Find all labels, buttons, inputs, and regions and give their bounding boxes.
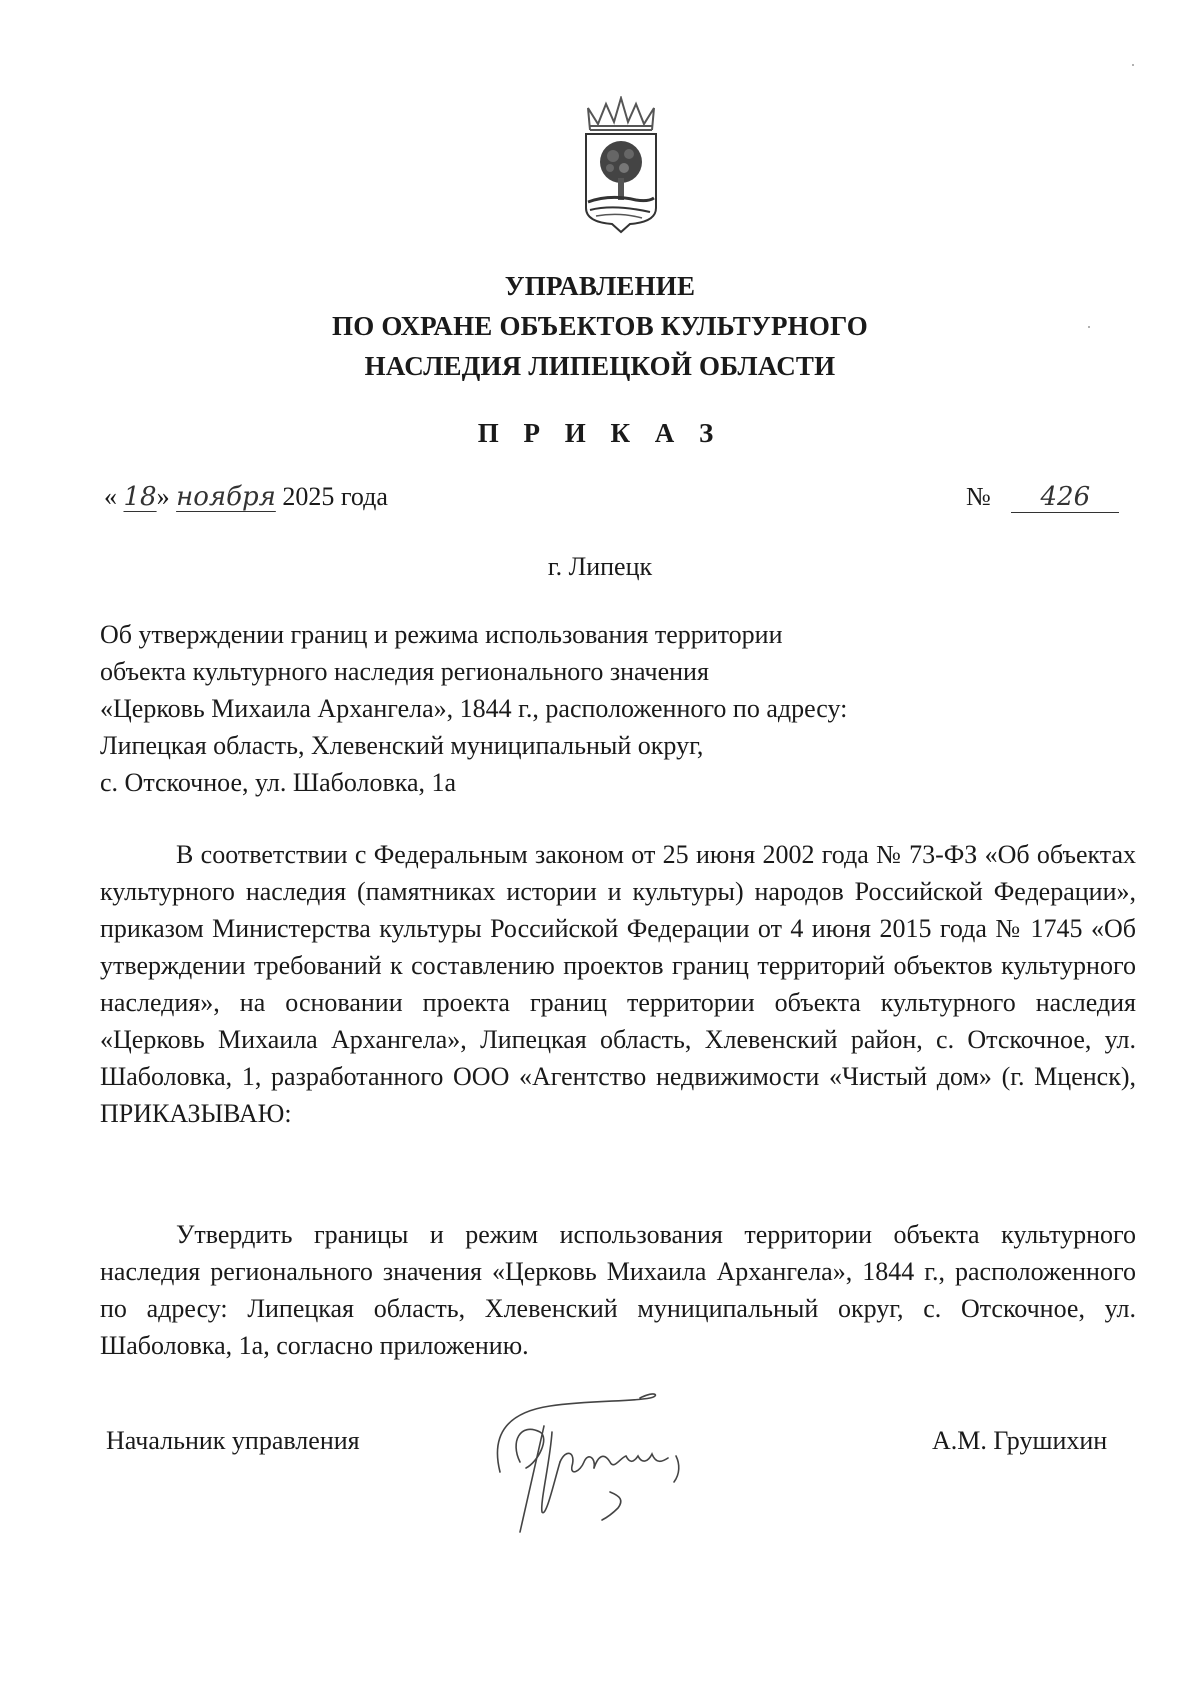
date-close-quote: » (157, 482, 170, 511)
scan-artifact (1132, 64, 1134, 66)
body-paragraph-preamble: В соответствии с Федеральным законом от … (100, 836, 1136, 1132)
subject-line: «Церковь Михаила Архангела», 1844 г., ра… (100, 690, 1000, 727)
date-open-quote: « (104, 482, 117, 511)
subject-line: с. Отскочное, ул. Шаболовка, 1а (100, 764, 1000, 801)
org-line-3: НАСЛЕДИЯ ЛИПЕЦКОЙ ОБЛАСТИ (0, 346, 1200, 386)
date-month: ноября (176, 482, 276, 512)
document-subject: Об утверждении границ и режима использов… (100, 616, 1000, 801)
document-date: « 18» ноября 2025 года (104, 482, 388, 512)
signature-icon (480, 1392, 820, 1542)
org-line-2: ПО ОХРАНЕ ОБЪЕКТОВ КУЛЬТУРНОГО (0, 306, 1200, 346)
document-type-title: П Р И К А З (0, 418, 1200, 449)
document-city: г. Липецк (0, 552, 1200, 582)
number-value: 426 (1011, 482, 1119, 513)
body-paragraph-order: Утвердить границы и режим использования … (100, 1216, 1136, 1364)
subject-line: объекта культурного наследия регионально… (100, 653, 1000, 690)
org-line-1: УПРАВЛЕНИЕ (0, 266, 1200, 306)
coat-of-arms-icon (580, 96, 662, 236)
subject-line: Об утверждении границ и режима использов… (100, 616, 1000, 653)
subject-line: Липецкая область, Хлевенский муниципальн… (100, 727, 1000, 764)
number-label: № (966, 482, 991, 511)
scan-artifact (1088, 326, 1090, 328)
signatory-name: А.М. Грушихин (932, 1426, 1107, 1456)
signatory-position: Начальник управления (106, 1426, 360, 1456)
document-page: УПРАВЛЕНИЕ ПО ОХРАНЕ ОБЪЕКТОВ КУЛЬТУРНОГ… (0, 0, 1200, 1697)
date-year: 2025 года (282, 482, 388, 511)
date-day: 18 (124, 482, 157, 512)
document-number: № 426 (966, 482, 1119, 513)
organization-header: УПРАВЛЕНИЕ ПО ОХРАНЕ ОБЪЕКТОВ КУЛЬТУРНОГ… (0, 266, 1200, 386)
